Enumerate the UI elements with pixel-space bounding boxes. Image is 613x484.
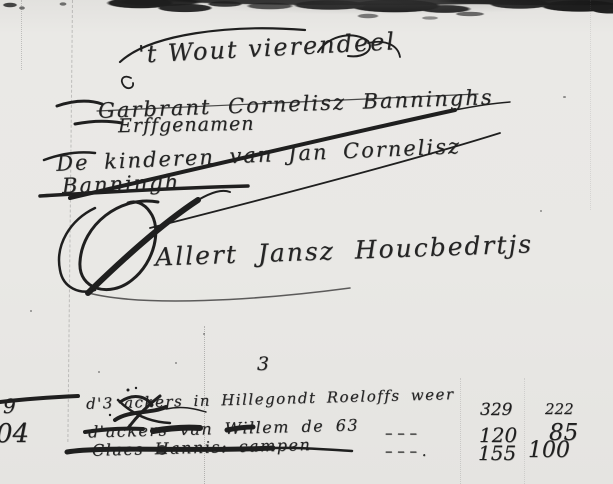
entry-dashes: – – – .	[385, 442, 427, 460]
ink-speck	[30, 310, 32, 312]
manuscript-scan-page: 't Wout vierendeel Garbrant Cornelisz Ba…	[0, 0, 613, 484]
ink-speck	[563, 96, 566, 98]
folio-number: 3	[257, 353, 269, 375]
ink-speck	[98, 371, 100, 373]
entry-dashes: – – –	[385, 424, 417, 442]
fold-crease-left	[67, 0, 73, 442]
heading-line-allert: Allert Jansz Houcbedrtjs	[155, 229, 534, 271]
entry-amount-1: 155	[478, 441, 516, 465]
ink-speck	[175, 362, 177, 364]
ink-speck	[203, 333, 205, 335]
ink-speck	[540, 210, 542, 212]
fold-crease-amount-column-2	[524, 378, 525, 484]
fold-crease-top-left	[21, 0, 22, 70]
page-title: 't Wout vierendeel	[137, 27, 396, 68]
heading-line-kinderen: De kinderen van Jan Cornelisz	[56, 134, 462, 176]
fold-crease-amount-column	[460, 378, 461, 484]
entry-description: d'3 ackers in Hillegondt Roeloffs weer	[86, 385, 455, 413]
entry-amount-1: 329	[480, 400, 512, 420]
heading-line-banningh: Banningh	[62, 170, 181, 198]
fold-crease-right	[590, 0, 591, 210]
margin-number-bottom: 04	[0, 419, 29, 449]
scan-edge-smudge	[0, 0, 613, 30]
margin-number-top: 9	[3, 394, 16, 418]
heading-line-erffgenamen: Erffgenamen	[118, 113, 255, 137]
entry-amount-2: 222	[545, 400, 574, 418]
entry-amount-2: 100	[528, 438, 570, 463]
